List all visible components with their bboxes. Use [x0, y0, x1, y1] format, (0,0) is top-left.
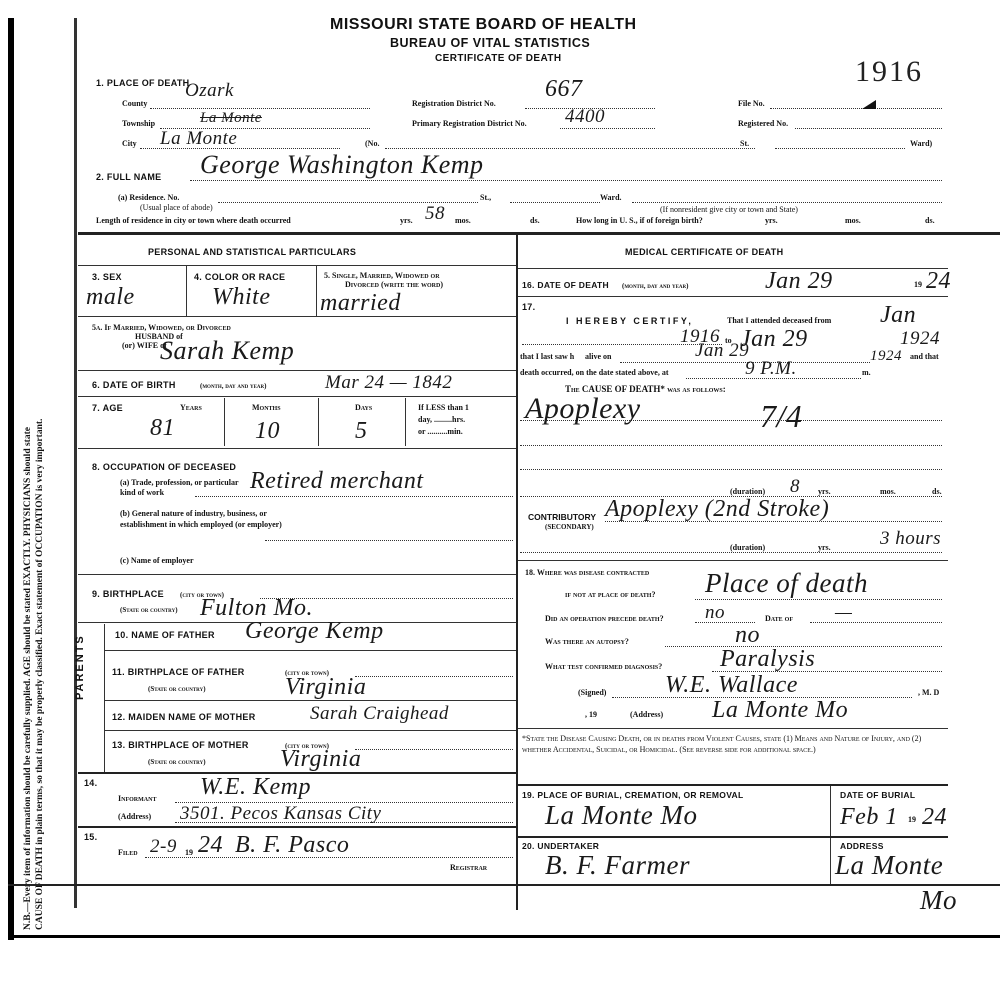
- and-that-label: and that: [910, 352, 939, 361]
- primary-reg-label: Primary Registration District No.: [412, 119, 527, 128]
- father-name-label: 10. NAME OF FATHER: [115, 630, 215, 640]
- divider: [78, 396, 516, 397]
- street-label: St.: [740, 139, 749, 148]
- dod-year-value: 24: [926, 268, 951, 295]
- sex-value: male: [86, 284, 135, 311]
- date-of-value: —: [835, 602, 852, 624]
- length-mos-label: mos.: [455, 216, 471, 225]
- mother-birthplace-value: Virginia: [280, 746, 361, 773]
- mother-maiden-label: 12. MAIDEN NAME OF MOTHER: [112, 712, 256, 722]
- m-label: m.: [862, 368, 871, 377]
- place-of-death-label: 1. PLACE OF DEATH: [96, 78, 189, 88]
- divider: [518, 784, 948, 786]
- margin-line-1: CAUSE OF DEATH in plain terms, so that i…: [34, 50, 46, 930]
- file-no-label: File No.: [738, 99, 765, 108]
- father-bp-city-field[interactable]: [355, 676, 513, 677]
- autopsy-value: no: [735, 622, 760, 649]
- attended-from-value: Jan: [880, 302, 916, 329]
- length-yrs-value: 58: [425, 203, 445, 225]
- occurred-value: 9 P.M.: [745, 358, 797, 380]
- to-value: Jan 29: [740, 326, 808, 353]
- year-stamp: 1916: [855, 55, 923, 89]
- contracted-value: Place of death: [705, 568, 868, 599]
- contributory-label: CONTRIBUTORY: [528, 512, 596, 522]
- residence-sub-label: (Usual place of abode): [140, 203, 213, 212]
- township-label: Township: [122, 119, 155, 128]
- residence-ward-label: Ward.: [600, 193, 622, 202]
- signed-label: (Signed): [578, 688, 606, 697]
- divider: [518, 268, 948, 269]
- street-no-field[interactable]: [385, 148, 755, 149]
- burial-year-prefix: 19: [908, 815, 916, 824]
- registrar-value: B. F. Pasco: [235, 832, 349, 859]
- mother-birthplace-label: 13. BIRTHPLACE OF MOTHER: [112, 740, 249, 750]
- medical-section-title: MEDICAL CERTIFICATE OF DEATH: [625, 247, 783, 257]
- burial-date-value: Feb 1: [840, 804, 898, 831]
- foreign-birth-label: How long in U. S., if of foreign birth?: [576, 216, 703, 225]
- months-label: Months: [252, 403, 281, 412]
- length-ds-label: ds.: [530, 216, 540, 225]
- registered-no-label: Registered No.: [738, 119, 788, 128]
- reg-district-value: 667: [545, 76, 583, 103]
- divider: [78, 826, 516, 828]
- contrib-duration-field[interactable]: [520, 552, 942, 553]
- test-value: Paralysis: [720, 646, 815, 673]
- birthplace-sub-state: (State or country): [120, 606, 178, 614]
- divider: [224, 398, 225, 446]
- dob-value: Mar 24 — 1842: [325, 372, 452, 394]
- divider: [78, 574, 516, 575]
- filed-year-value: 24: [198, 832, 223, 859]
- street-no-label: (No.: [365, 139, 379, 148]
- dod-label: 16. DATE OF DEATH: [522, 280, 609, 290]
- date-of-field[interactable]: [810, 622, 942, 623]
- occupation-c-label: (c) Name of employer: [120, 556, 194, 565]
- contracted-field[interactable]: [695, 599, 942, 600]
- to-year-value: 1924: [900, 328, 940, 350]
- nonresident-field[interactable]: [632, 202, 942, 203]
- margin-bar: [8, 18, 14, 940]
- undertaker-address-value-2: Mo: [920, 885, 957, 916]
- divider: [8, 884, 518, 886]
- physician-address-value: La Monte Mo: [712, 697, 848, 724]
- divider: [318, 398, 319, 446]
- header-divider: [78, 232, 1000, 235]
- md-label: , M. D: [918, 688, 939, 697]
- burial-year-value: 24: [922, 804, 947, 831]
- cause-line-2[interactable]: [520, 445, 942, 446]
- filed-num: 15.: [84, 832, 97, 842]
- foreign-yrs-label: yrs.: [765, 216, 778, 225]
- operation-value: no: [705, 602, 725, 624]
- occupation-a-value: Retired merchant: [250, 468, 424, 495]
- divider: [104, 730, 516, 731]
- county-value: Ozark: [185, 80, 234, 102]
- divider: [405, 398, 406, 446]
- residence-ward-field[interactable]: [510, 202, 600, 203]
- undertaker-value: B. F. Farmer: [545, 850, 690, 881]
- contributory-value: Apoplexy (2nd Stroke): [605, 496, 829, 523]
- father-bp-sub-state: (State or country): [148, 685, 206, 693]
- divider: [78, 265, 516, 266]
- divider: [186, 266, 187, 316]
- divider: [518, 296, 948, 297]
- margin-line-2: N.B.—Every item of information should be…: [22, 50, 34, 930]
- primary-reg-field[interactable]: [560, 128, 655, 129]
- days-label: Days: [355, 403, 372, 412]
- occupation-a-label: (a) Trade, profession, or particular kin…: [120, 478, 250, 498]
- contracted-label: 18. Where was disease contracted: [525, 568, 649, 577]
- county-label: County: [122, 99, 147, 108]
- less-than-label: If LESS than 1: [418, 403, 469, 412]
- city-value: La Monte: [160, 128, 237, 150]
- cert-num: 17.: [522, 302, 535, 312]
- informant-num: 14.: [84, 778, 97, 788]
- residence-st-label: St.,: [480, 193, 491, 202]
- dob-sub-label: (month, day and year): [200, 382, 266, 390]
- registered-no-field[interactable]: [795, 128, 942, 129]
- township-value: La Monte: [200, 110, 262, 127]
- occurred-label: death occurred, on the date stated above…: [520, 368, 669, 377]
- undertaker-address-value: La Monte: [835, 850, 943, 881]
- father-birthplace-value: Virginia: [285, 674, 366, 701]
- city-label: City: [122, 139, 137, 148]
- marital-value: married: [320, 290, 401, 317]
- not-at-place-label: if not at place of death?: [565, 590, 655, 599]
- length-residence-label: Length of residence in city or town wher…: [96, 216, 291, 225]
- last-saw-mid: alive on: [585, 352, 611, 361]
- cause-line-3[interactable]: [520, 469, 942, 470]
- parents-side-label: PARENTS: [74, 634, 86, 700]
- race-label: 4. COLOR OR RACE: [194, 272, 285, 282]
- contributory-sub-label: (SECONDARY): [545, 523, 594, 531]
- divider: [78, 316, 516, 317]
- physician-address-label: (Address): [630, 710, 663, 719]
- form-subtitle: BUREAU OF VITAL STATISTICS: [390, 36, 590, 50]
- divider: [518, 728, 948, 729]
- divider: [518, 884, 1000, 886]
- occupation-b-field[interactable]: [265, 540, 513, 541]
- divider: [104, 700, 516, 701]
- contrib-duration-value: 3 hours: [880, 528, 941, 550]
- divider: [830, 786, 831, 884]
- ward-field[interactable]: [775, 148, 905, 149]
- informant-label: Informant: [118, 794, 156, 803]
- form-bottom-border: [8, 935, 1000, 938]
- race-value: White: [212, 284, 270, 311]
- duration-yrs-label: yrs.: [818, 487, 831, 496]
- form-title: MISSOURI STATE BOARD OF HEALTH: [330, 16, 637, 34]
- spouse-label: 5a. If Married, Widowed, or Divorced: [92, 323, 231, 332]
- divider: [78, 370, 516, 371]
- registrar-label: Registrar: [450, 863, 487, 872]
- divider: [78, 448, 516, 449]
- mother-maiden-value: Sarah Craighead: [310, 703, 449, 725]
- dod-year-prefix: 19: [914, 280, 922, 289]
- filed-date-value: 2-9: [150, 836, 177, 858]
- full-name-field[interactable]: [190, 180, 942, 181]
- signed-date-19: , 19: [585, 710, 597, 719]
- foreign-mos-label: mos.: [845, 216, 861, 225]
- age-label: 7. AGE: [92, 403, 123, 413]
- reg-district-label: Registration District No.: [412, 99, 496, 108]
- last-saw-value: Jan 29: [695, 340, 749, 362]
- less-hrs-label: day, .........hrs.: [418, 415, 465, 424]
- county-field[interactable]: [150, 108, 370, 109]
- arrow-mark-icon: [862, 100, 876, 109]
- informant-address-label: (Address): [118, 812, 151, 821]
- file-no-field[interactable]: [770, 108, 942, 109]
- test-label: What test confirmed diagnosis?: [545, 662, 662, 671]
- primary-reg-value: 4400: [565, 106, 605, 128]
- attended-label: That I attended deceased from: [727, 316, 831, 325]
- less-min-label: or ..........min.: [418, 427, 463, 436]
- divider: [104, 624, 105, 772]
- burial-place-label: 19. PLACE OF BURIAL, CREMATION, OR REMOV…: [522, 790, 744, 800]
- filed-year-prefix: 19: [185, 848, 193, 857]
- dod-value: Jan 29: [765, 268, 833, 295]
- divider: [518, 836, 948, 838]
- length-yrs-label: yrs.: [400, 216, 413, 225]
- father-name-value: George Kemp: [245, 618, 384, 645]
- months-value: 10: [255, 418, 280, 445]
- certify-label: I HEREBY CERTIFY,: [566, 316, 693, 326]
- contrib-yrs-label: yrs.: [818, 543, 831, 552]
- divider: [104, 650, 516, 651]
- duration-label: (duration): [730, 487, 765, 496]
- occupation-a-field[interactable]: [195, 496, 513, 497]
- sex-label: 3. SEX: [92, 272, 122, 282]
- form-name: CERTIFICATE OF DEATH: [435, 53, 562, 64]
- date-of-label: Date of: [765, 614, 793, 623]
- duration-mos-label: mos.: [880, 487, 896, 496]
- personal-section-title: PERSONAL AND STATISTICAL PARTICULARS: [148, 247, 356, 257]
- last-saw-label: that I last saw h: [520, 352, 574, 361]
- burial-date-label: DATE OF BURIAL: [840, 790, 915, 800]
- divider: [316, 266, 317, 316]
- occupation-b-label: (b) General nature of industry, business…: [120, 508, 300, 530]
- signed-value: W.E. Wallace: [665, 672, 798, 699]
- cause-footnote: *State the Disease Causing Death, or in …: [522, 733, 947, 755]
- duration-ds-label: ds.: [932, 487, 942, 496]
- years-label: Years: [180, 403, 202, 412]
- operation-label: Did an operation precede death?: [545, 614, 664, 623]
- mother-bp-city-field[interactable]: [355, 749, 513, 750]
- dod-sub-label: (month, day and year): [622, 282, 688, 290]
- autopsy-label: Was there an autopsy?: [545, 637, 629, 646]
- mother-bp-sub-state: (State or country): [148, 758, 206, 766]
- birthplace-label: 9. BIRTHPLACE: [92, 589, 164, 599]
- years-value: 81: [150, 415, 175, 442]
- cause-scribble: 7/4: [760, 398, 802, 435]
- ward-label: Ward): [910, 139, 932, 148]
- last-saw-year: 1924: [870, 348, 902, 365]
- father-birthplace-label: 11. BIRTHPLACE OF FATHER: [112, 667, 245, 677]
- days-value: 5: [355, 418, 368, 445]
- form-left-border: [74, 18, 77, 908]
- spouse-value: Sarah Kemp: [160, 336, 294, 366]
- cause-value: Apoplexy: [525, 392, 641, 426]
- marital-label-2: Divorced (write the word): [345, 280, 443, 289]
- duration-value: 8: [790, 476, 800, 498]
- margin-instructions: N.B.—Every item of information should be…: [22, 50, 46, 930]
- residence-label: (a) Residence. No.: [118, 193, 179, 202]
- full-name-value: George Washington Kemp: [200, 150, 484, 180]
- dob-label: 6. DATE OF BIRTH: [92, 380, 176, 390]
- marital-label: 5. Single, Married, Widowed or: [324, 271, 440, 280]
- burial-place-value: La Monte Mo: [545, 800, 697, 831]
- filed-label: Filed: [118, 848, 138, 857]
- informant-value: W.E. Kemp: [200, 774, 311, 801]
- center-divider: [516, 234, 518, 910]
- divider: [518, 560, 948, 561]
- informant-address-value: 3501. Pecos Kansas City: [180, 803, 382, 825]
- nonresident-note: (If nonresident give city or town and St…: [660, 205, 798, 214]
- occupation-label: 8. OCCUPATION OF DECEASED: [92, 462, 236, 472]
- contrib-duration-label: (duration): [730, 543, 765, 552]
- foreign-ds-label: ds.: [925, 216, 935, 225]
- full-name-label: 2. FULL NAME: [96, 172, 161, 182]
